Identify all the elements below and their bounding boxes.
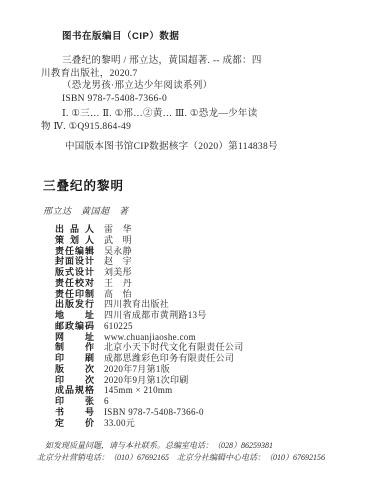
cip-classification-line2: 物 Ⅳ. ①Q915.864-49 <box>41 121 355 134</box>
cip-record-number: 中国版本图书馆CIP数据核字（2020）第114838号 <box>41 141 355 154</box>
colophon-label: 印次 <box>55 375 94 386</box>
colophon-label: 出版发行 <box>55 299 94 310</box>
colophon-row: 版式设计刘美彤 <box>55 267 359 278</box>
colophon-row: 印次2020年9月第1次印刷 <box>55 375 359 386</box>
colophon-row: 责任印制高 怡 <box>55 289 359 300</box>
colophon-value: 武 明 <box>104 235 132 246</box>
colophon-value: 6 <box>104 396 109 407</box>
colophon-value: 成都思潍彩色印务有限责任公司 <box>104 353 234 364</box>
colophon-row: 责任编辑吴永静 <box>55 246 359 257</box>
book-copyright-page: 图书在版编目（CIP）数据 三叠纪的黎明 / 邢立达，黄国超著. -- 成都：四… <box>0 0 375 503</box>
colophon-label: 制作 <box>55 342 94 353</box>
colophon-label: 印张 <box>55 396 94 407</box>
colophon-label: 版式设计 <box>55 267 94 278</box>
colophon-value: 赵 宇 <box>104 256 132 267</box>
cip-heading: 图书在版编目（CIP）数据 <box>41 30 355 44</box>
colophon-value: 刘美彤 <box>104 267 132 278</box>
colophon-row: 封面设计赵 宇 <box>55 256 359 267</box>
colophon-row: 出品人雷 华 <box>55 224 359 235</box>
colophon-label: 版次 <box>55 364 94 375</box>
cip-classification-line1: Ⅰ. ①三… Ⅱ. ①邢…②黄… Ⅲ. ①恐龙—少年读 <box>41 108 355 121</box>
colophon-label: 责任印制 <box>55 289 94 300</box>
colophon-label: 成品规格 <box>55 385 94 396</box>
colophon-label: 印刷 <box>55 353 94 364</box>
colophon-label: 责任校对 <box>55 278 94 289</box>
book-title: 三叠纪的黎明 <box>43 176 124 194</box>
colophon-row: 书号ISBN 978-7-5408-7366-0 <box>55 407 359 418</box>
colophon-row: 成品规格145mm × 210mm <box>55 385 359 396</box>
colophon-label: 定价 <box>55 418 94 429</box>
colophon-row: 版次2020年7月第1版 <box>55 364 359 375</box>
colophon-label: 封面设计 <box>55 256 94 267</box>
colophon-value: 2020年7月第1版 <box>104 364 170 375</box>
cip-series: （恐龙男孩·邢立达少年阅读系列） <box>41 80 355 93</box>
colophon-row: 责任校对王 丹 <box>55 278 359 289</box>
colophon-value: 四川教育出版社 <box>104 299 169 310</box>
colophon-value: www.chuanjiaoshe.com <box>104 332 196 343</box>
colophon-value: 北京小天下时代文化有限责任公司 <box>104 342 244 353</box>
colophon-value: 610225 <box>104 321 133 332</box>
colophon-value: 雷 华 <box>104 224 132 235</box>
colophon-row: 策划人武 明 <box>55 235 359 246</box>
colophon-label: 地址 <box>55 310 94 321</box>
colophon-label: 出品人 <box>55 224 94 235</box>
colophon-value: 2020年9月第1次印刷 <box>104 375 189 386</box>
colophon-row: 网址www.chuanjiaoshe.com <box>55 332 359 343</box>
colophon-list: 出品人雷 华策划人武 明责任编辑吴永静封面设计赵 宇版式设计刘美彤责任校对王 丹… <box>55 224 359 428</box>
cip-entry-line1: 三叠纪的黎明 / 邢立达，黄国超著. -- 成都：四 <box>41 55 355 68</box>
colophon-label: 策划人 <box>55 235 94 246</box>
colophon-row: 邮政编码610225 <box>55 321 359 332</box>
colophon-row: 定价33.00元 <box>55 418 359 429</box>
colophon-label: 网址 <box>55 332 94 343</box>
colophon-row: 印刷成都思潍彩色印务有限责任公司 <box>55 353 359 364</box>
cip-isbn: ISBN 978-7-5408-7366-0 <box>41 93 355 106</box>
colophon-value: 145mm × 210mm <box>104 385 172 396</box>
quality-contact-note: 如发现质量问题，请与本社联系。总编室电话：（028）86259381 <box>37 440 365 452</box>
colophon-row: 制作北京小天下时代文化有限责任公司 <box>55 342 359 353</box>
cip-entry-line2: 川教育出版社，2020.7 <box>41 68 355 81</box>
book-authors: 邢立达 黄国超 著 <box>43 204 129 217</box>
colophon-row: 印张6 <box>55 396 359 407</box>
colophon-row: 出版发行四川教育出版社 <box>55 299 359 310</box>
colophon-label: 邮政编码 <box>55 321 94 332</box>
colophon-label: 书号 <box>55 407 94 418</box>
footer-notes: 如发现质量问题，请与本社联系。总编室电话：（028）86259381 北京分社营… <box>37 440 365 464</box>
colophon-value: 王 丹 <box>104 278 132 289</box>
cip-data-block: 图书在版编目（CIP）数据 三叠纪的黎明 / 邢立达，黄国超著. -- 成都：四… <box>41 30 355 153</box>
colophon-value: 33.00元 <box>104 418 135 429</box>
beijing-branch-contact-note: 北京分社营销电话：（010）67692165 北京分社编辑中心电话：（010）6… <box>37 452 365 464</box>
colophon-row: 地址四川省成都市黄荆路13号 <box>55 310 359 321</box>
colophon-value: 高 怡 <box>104 289 132 300</box>
colophon-label: 责任编辑 <box>55 246 94 257</box>
colophon-value: ISBN 978-7-5408-7366-0 <box>104 407 204 418</box>
colophon-value: 吴永静 <box>104 246 132 257</box>
colophon-value: 四川省成都市黄荆路13号 <box>104 310 207 321</box>
